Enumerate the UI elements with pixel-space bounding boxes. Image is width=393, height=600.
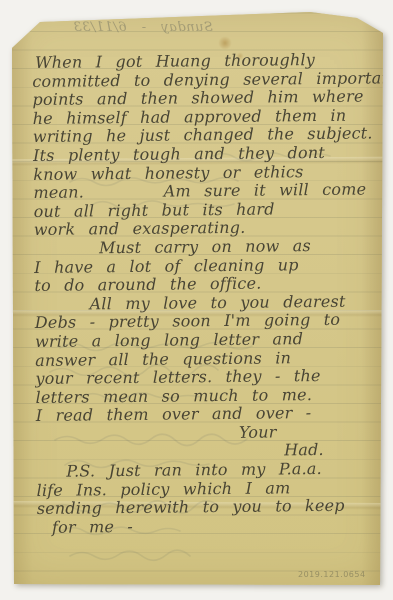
paper-shadow: Sunday - 6/11/33 When I got Huang thorou… xyxy=(0,0,393,600)
accession-number: 2019.121.0654 xyxy=(298,570,366,579)
letter-paper: Sunday - 6/11/33 When I got Huang thorou… xyxy=(10,10,384,587)
mirrored-date-text: Sunday - 6/11/33 xyxy=(73,20,213,35)
letter-scan: Sunday - 6/11/33 When I got Huang thorou… xyxy=(0,0,393,600)
letter-postscript-line: for me - xyxy=(52,515,382,537)
letter-postscript-line: sending herewith to you to keep xyxy=(37,497,382,519)
letter-body: When I got Huang thoroughly committed to… xyxy=(32,50,382,537)
bleed-through-date-note: Sunday - 6/11/33 xyxy=(40,16,245,35)
letter-signature: Had. xyxy=(284,441,381,461)
letter-closing-your: Your xyxy=(239,422,381,442)
